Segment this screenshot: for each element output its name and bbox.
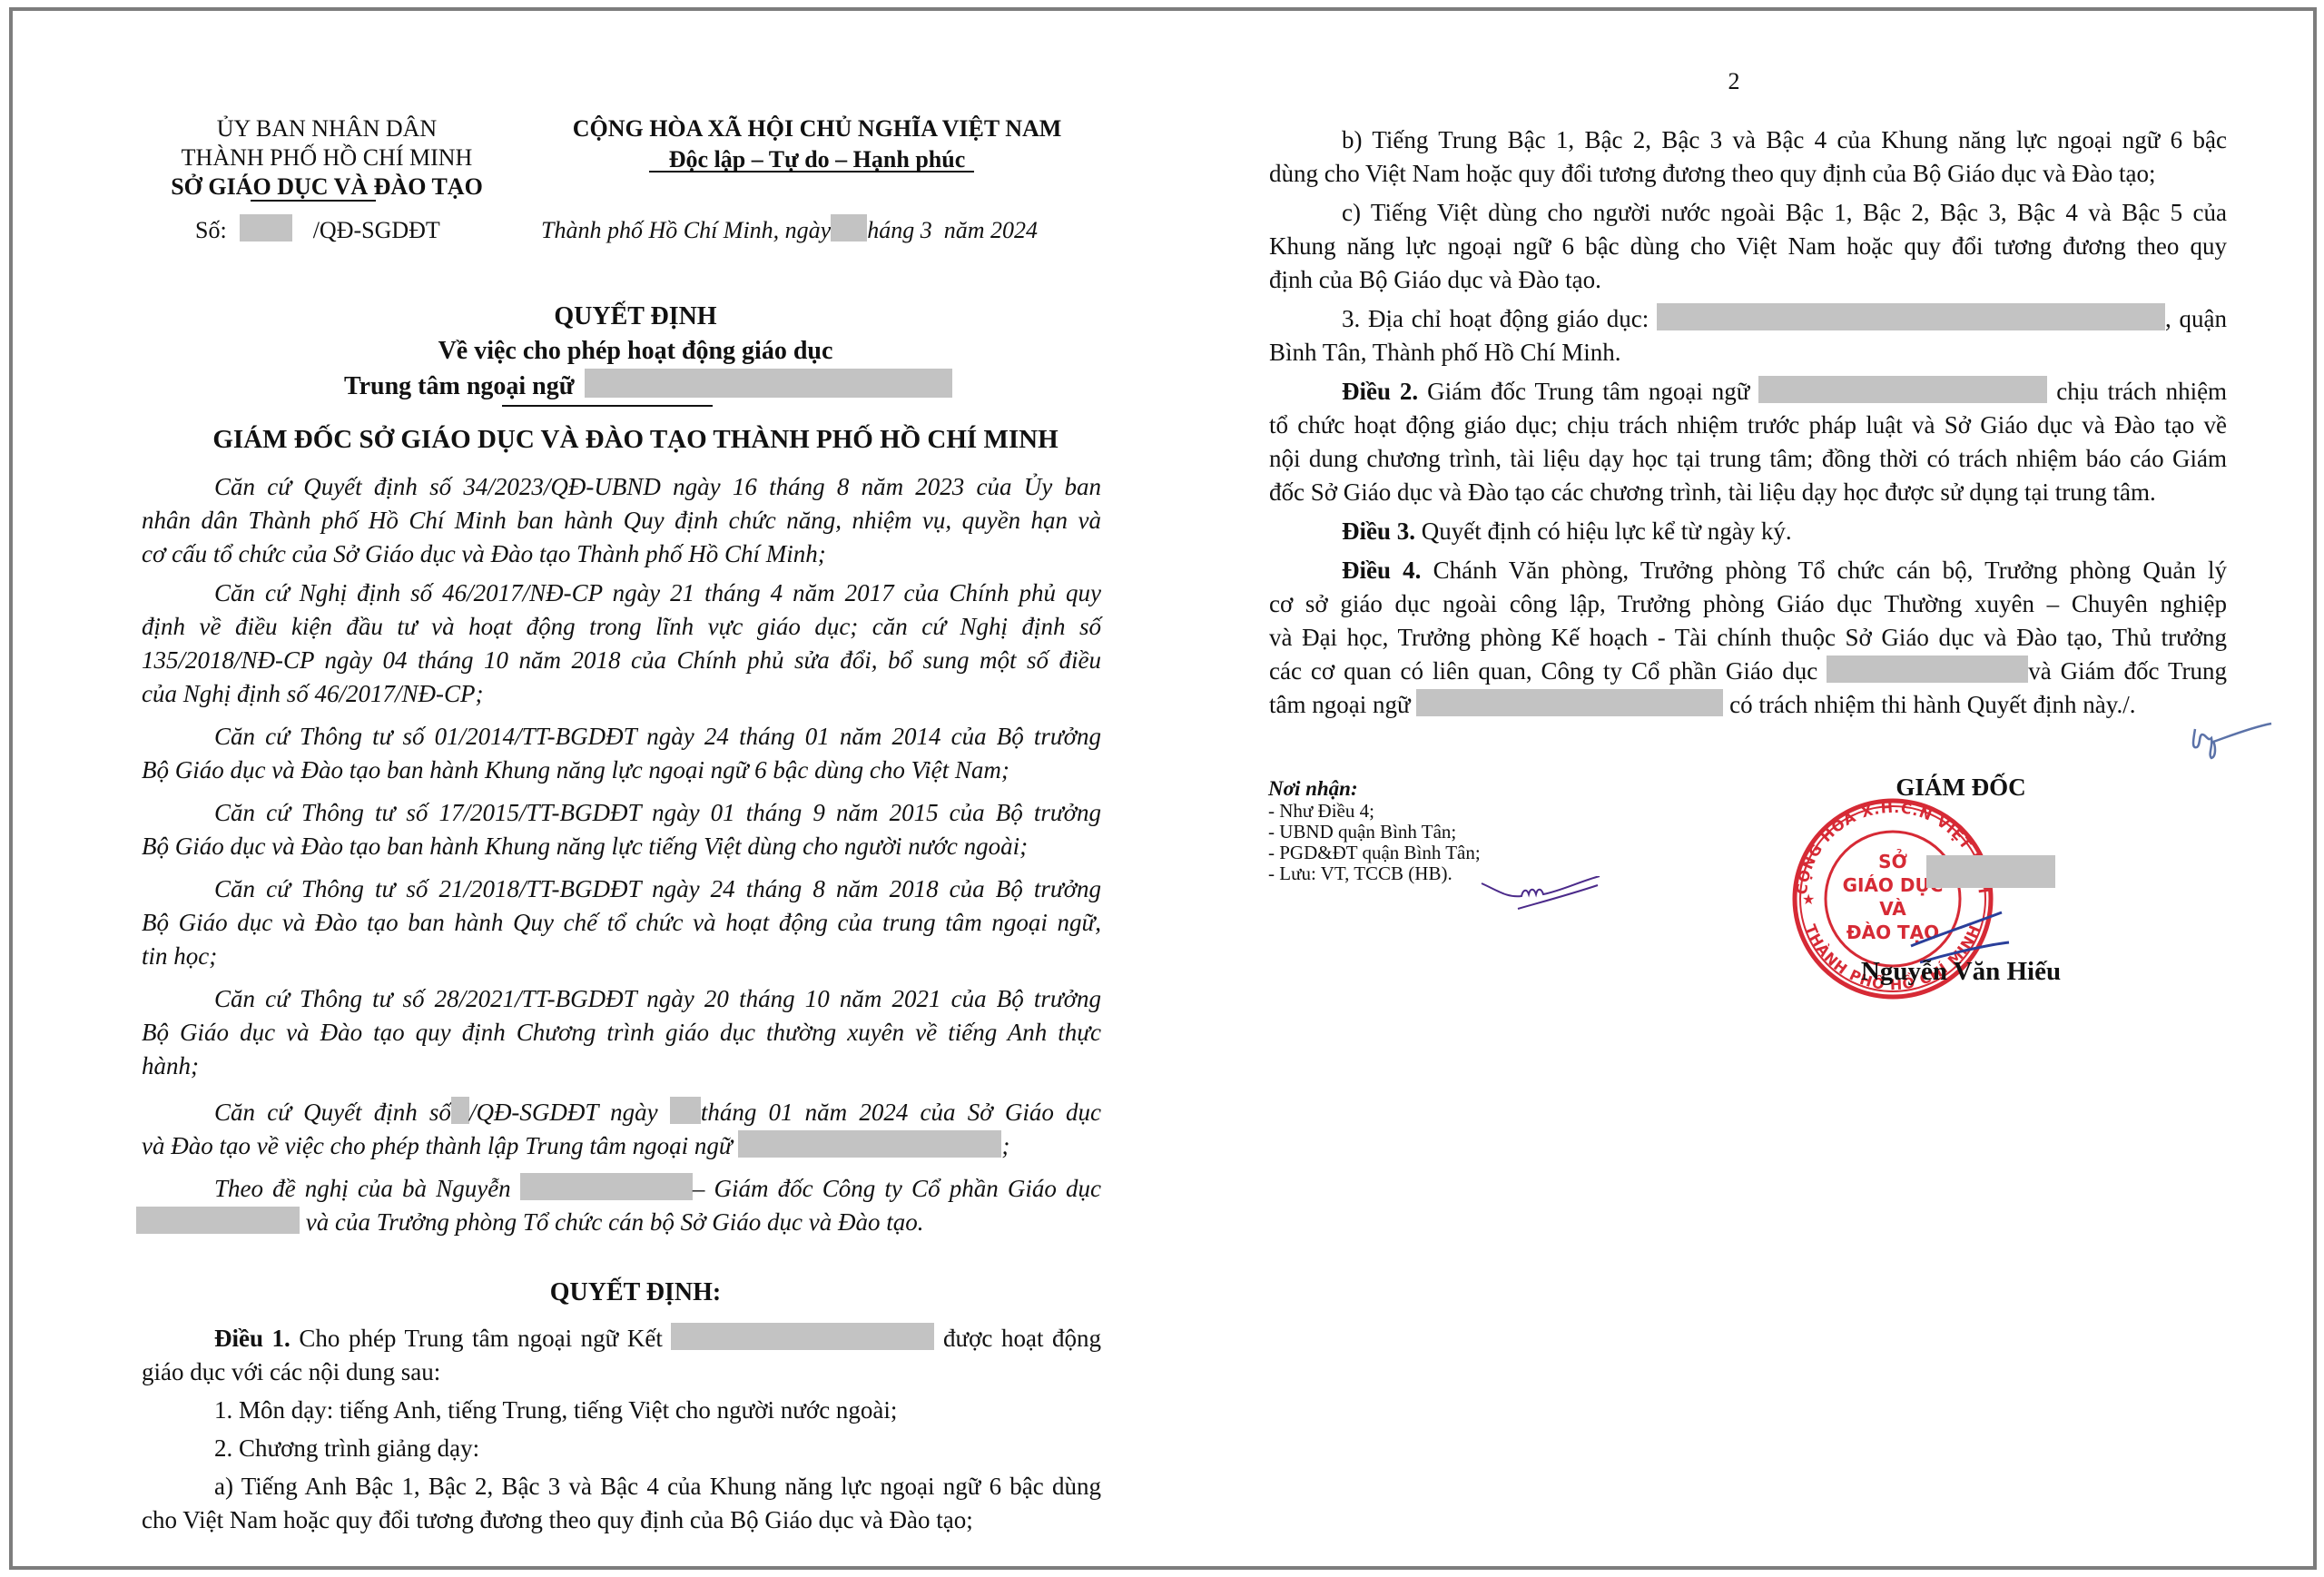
agency-line1: ỦY BAN NHÂN DÂN [145, 113, 508, 145]
svg-text:★: ★ [1802, 891, 1815, 908]
decision-subject-line2: Trung tâm ngoại ngữ [344, 372, 575, 400]
preamble-section: Căn cứ Quyết định số 34/2023/QĐ-UBND ngà… [142, 463, 1101, 1239]
redaction-box [831, 214, 867, 241]
nation-header: CỘNG HÒA XÃ HỘI CHỦ NGHĨA VIỆT NAM Độc l… [536, 113, 1098, 176]
redaction-box [136, 1207, 300, 1234]
preamble-paragraph: Căn cứ Thông tư số 28/2021/TT-BGDĐT ngày… [142, 982, 1101, 1083]
preamble-paragraph: Căn cứ Nghị định số 46/2017/NĐ-CP ngày 2… [142, 577, 1101, 711]
document-number: Số: /QĐ-SGDĐT [195, 214, 440, 247]
article-1-right: b) Tiếng Trung Bậc 1, Bậc 2, Bậc 3 và Bậ… [1269, 123, 2227, 722]
article-2: Điều 2. Giám đốc Trung tâm ngoại ngữ chị… [1269, 375, 2227, 409]
nation-title: CỘNG HÒA XÃ HỘI CHỦ NGHĨA VIỆT NAM [536, 113, 1098, 145]
svg-text:VÀ: VÀ [1879, 898, 1906, 920]
preamble-paragraph: Căn cứ Thông tư số 17/2015/TT-BGDĐT ngày… [142, 796, 1101, 863]
redaction-box [585, 369, 952, 398]
recipient-item: - PGD&ĐT quận Bình Tân; [1268, 843, 1481, 863]
redaction-box [671, 1323, 934, 1350]
preamble-paragraph: Căn cứ Quyết định số/QĐ-SGDĐT ngày tháng… [142, 1096, 1101, 1163]
authority-heading: GIÁM ĐỐC SỞ GIÁO DỤC VÀ ĐÀO TẠO THÀNH PH… [145, 421, 1126, 458]
agency-line2: THÀNH PHỐ HỒ CHÍ MINH [145, 142, 508, 174]
recipient-item: - Lưu: VT, TCCB (HB). [1268, 863, 1481, 884]
article-3: Điều 3. Quyết định có hiệu lực kể từ ngà… [1269, 515, 2227, 548]
redaction-box [738, 1130, 1001, 1158]
article-1-item-2a: a) Tiếng Anh Bậc 1, Bậc 2, Bậc 3 và Bậc … [142, 1470, 1101, 1503]
article-1-item-2c: c) Tiếng Việt dùng cho người nước ngoài … [1269, 196, 2227, 230]
redaction-box [240, 214, 292, 241]
article-4-label: Điều 4. [1342, 557, 1421, 584]
redaction-box [1926, 855, 2055, 888]
redaction-box [1827, 655, 2028, 683]
recipient-item: - UBND quận Bình Tân; [1268, 822, 1481, 843]
agency-underline [251, 200, 376, 202]
date-prefix: Thành phố Hồ Chí Minh, ngày [541, 217, 831, 243]
redaction-box [1758, 376, 2047, 403]
recipient-item: - Như Điều 4; [1268, 801, 1481, 822]
decision-subject-line1: Về việc cho phép hoạt động giáo dục [145, 334, 1126, 369]
recipients-block: Nơi nhận: - Như Điều 4; - UBND quận Bình… [1268, 777, 1481, 884]
title-underline [502, 405, 713, 407]
motto-underline [649, 171, 974, 172]
doc-no-prefix: Số: [195, 217, 227, 243]
page-number: 2 [1707, 65, 1761, 98]
article-1-item-2: 2. Chương trình giảng dạy: [142, 1432, 1101, 1465]
decision-heading: QUYẾT ĐỊNH: [145, 1275, 1126, 1311]
redaction-box [1657, 303, 2165, 330]
redaction-box [520, 1173, 693, 1200]
article-4: Điều 4. Chánh Văn phòng, Trưởng phòng Tổ… [1269, 554, 2227, 587]
article-1-item-2b: b) Tiếng Trung Bậc 1, Bậc 2, Bậc 3 và Bậ… [1269, 123, 2227, 157]
recipients-title: Nơi nhận: [1268, 777, 1481, 801]
preamble-paragraph: Theo đề nghị của bà Nguyễn – Giám đốc Cô… [142, 1172, 1101, 1239]
agency-header: ỦY BAN NHÂN DÂN THÀNH PHỐ HỒ CHÍ MINH SỞ… [145, 113, 508, 203]
agency-line3: SỞ GIÁO DỤC VÀ ĐÀO TẠO [145, 171, 508, 203]
initials-signature-icon [1480, 876, 1607, 917]
issue-date: Thành phố Hồ Chí Minh, ngàyháng 3 năm 20… [541, 214, 1038, 247]
signer-name: Nguyễn Văn Hiếu [1816, 955, 2106, 988]
redaction-box [1416, 689, 1723, 716]
svg-text:SỞ: SỞ [1878, 850, 1907, 872]
preamble-paragraph: Căn cứ Quyết định số 34/2023/QĐ-UBND ngà… [142, 470, 1101, 571]
article-2-label: Điều 2. [1342, 378, 1418, 405]
preamble-paragraph: Căn cứ Thông tư số 21/2018/TT-BGDĐT ngày… [142, 872, 1101, 973]
redaction-box [670, 1097, 701, 1124]
article-3-label: Điều 3. [1342, 517, 1415, 545]
article-1-label: Điều 1. [214, 1325, 290, 1352]
title-block: QUYẾT ĐỊNH Về việc cho phép hoạt động gi… [145, 300, 1126, 404]
doc-no-suffix: /QĐ-SGDĐT [313, 217, 440, 243]
article-1-item-1: 1. Môn dạy: tiếng Anh, tiếng Trung, tiến… [142, 1394, 1101, 1427]
decision-title: QUYẾT ĐỊNH [145, 300, 1126, 334]
initials-mark-icon [2188, 722, 2279, 767]
redaction-box [451, 1097, 469, 1124]
article-1-left: Điều 1. Cho phép Trung tâm ngoại ngữ Kết… [142, 1322, 1101, 1537]
preamble-paragraph: Căn cứ Thông tư số 01/2014/TT-BGDĐT ngày… [142, 720, 1101, 787]
date-suffix: háng 3 năm 2024 [867, 217, 1038, 243]
article-1-item-3: 3. Địa chỉ hoạt động giáo dục: , quận [1269, 302, 2227, 336]
